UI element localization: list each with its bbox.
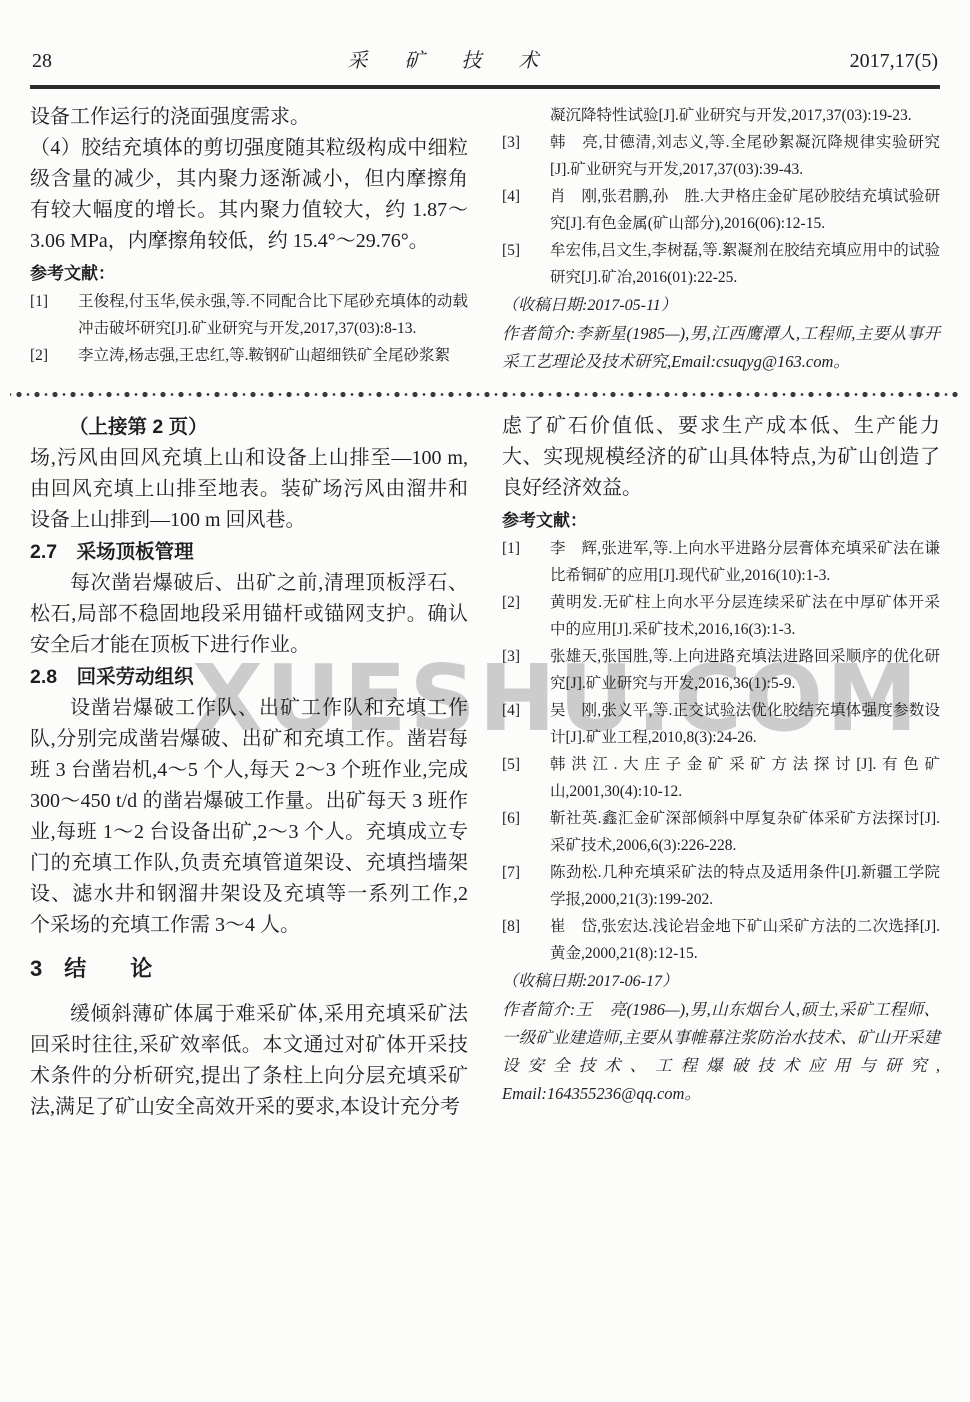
reference-number: [4]: [502, 697, 550, 751]
page-number: 28: [32, 50, 52, 73]
reference-number: [6]: [502, 805, 550, 859]
article1-right-column: 凝沉降特性试验[J].矿业研究与开发,2017,37(03):19-23. [3…: [502, 102, 940, 376]
reference-number: [5]: [502, 751, 550, 805]
article1-left-column: 设备工作运行的浇面强度需求。 （4）胶结充填体的剪切强度随其粒级构成中细粒级含量…: [30, 102, 468, 376]
reference-item: [4] 肖 刚,张君鹏,孙 胜.大尹格庄金矿尾砂胶结充填试验研究[J].有色金属…: [502, 183, 940, 237]
journal-title: 采 矿 技 术: [347, 44, 554, 73]
section-heading-2-7: 2.7 采场顶板管理: [30, 536, 468, 568]
reference-item: [7] 陈劲松.几种充填采矿法的特点及适用条件[J].新疆工学院学报,2000,…: [502, 859, 940, 913]
section-divider: [10, 390, 960, 399]
reference-text: 黄明发.无矿柱上向水平分层连续采矿法在中厚矿体开采中的应用[J].采矿技术,20…: [550, 589, 940, 643]
reference-number: [1]: [502, 535, 550, 589]
reference-item: [1] 王俊程,付玉华,侯永强,等.不同配合比下尾砂充填体的动载冲击破坏研究[J…: [30, 288, 468, 342]
references-heading: 参考文献：: [502, 506, 940, 535]
reference-item: [4] 吴 刚,张义平,等.正交试验法优化胶结充填体强度参数设计[J].矿业工程…: [502, 697, 940, 751]
article2-right-column: 虑了矿石价值低、要求生产成本低、生产能力大、实现规模经济的矿山具体特点,为矿山创…: [502, 411, 940, 1123]
section-heading-2-8: 2.8 回采劳动组织: [30, 661, 468, 693]
reference-item: [8] 崔 岱,张宏达.浅论岩金地下矿山采矿方法的二次选择[J].黄金,2000…: [502, 913, 940, 967]
reference-text: 王俊程,付玉华,侯永强,等.不同配合比下尾砂充填体的动载冲击破坏研究[J].矿业…: [78, 288, 468, 342]
received-date: （收稿日期:2017-06-17）: [502, 968, 940, 996]
reference-text: 牟宏伟,吕文生,李树磊,等.絮凝剂在胶结充填应用中的试验研究[J].矿冶,201…: [550, 237, 940, 291]
reference-number: [1]: [30, 288, 78, 342]
issue-info: 2017,17(5): [850, 50, 938, 73]
reference-item: [5] 韩洪江.大庄子金矿采矿方法探讨[J].有色矿山,2001,30(4):1…: [502, 751, 940, 805]
reference-text: 韩洪江.大庄子金矿采矿方法探讨[J].有色矿山,2001,30(4):10-12…: [550, 751, 940, 805]
references-heading: 参考文献：: [30, 259, 468, 288]
reference-item: [2] 李立涛,杨志强,王忠红,等.鞍钢矿山超细铁矿全尾砂浆絮: [30, 342, 468, 369]
reference-number: [5]: [502, 237, 550, 291]
paragraph: 设凿岩爆破工作队、出矿工作队和充填工作队,分别完成凿岩爆破、出矿和充填工作。凿岩…: [30, 693, 468, 941]
reference-text: 李 辉,张进军,等.上向水平进路分层膏体充填采矿法在谦比希铜矿的应用[J].现代…: [550, 535, 940, 589]
reference-text: 陈劲松.几种充填采矿法的特点及适用条件[J].新疆工学院学报,2000,21(3…: [550, 859, 940, 913]
paragraph: （4）胶结充填体的剪切强度随其粒级构成中细粒级含量的减少，其内聚力逐渐减小，但内…: [30, 133, 468, 257]
reference-number: [3]: [502, 643, 550, 697]
reference-item: [3] 韩 亮,甘德清,刘志义,等.全尾砂絮凝沉降规律实验研究[J].矿业研究与…: [502, 129, 940, 183]
reference-text: 肖 刚,张君鹏,孙 胜.大尹格庄金矿尾砂胶结充填试验研究[J].有色金属(矿山部…: [550, 183, 940, 237]
reference-item: [6] 靳社英.鑫汇金矿深部倾斜中厚复杂矿体采矿方法探讨[J].采矿技术,200…: [502, 805, 940, 859]
reference-text: 韩 亮,甘德清,刘志义,等.全尾砂絮凝沉降规律实验研究[J].矿业研究与开发,2…: [550, 129, 940, 183]
reference-text: 靳社英.鑫汇金矿深部倾斜中厚复杂矿体采矿方法探讨[J].采矿技术,2006,6(…: [550, 805, 940, 859]
reference-number: [8]: [502, 913, 550, 967]
journal-page: XUESHU.COM 28 采 矿 技 术 2017,17(5) 设备工作运行的…: [0, 0, 970, 1402]
paragraph: 每次凿岩爆破后、出矿之前,清理顶板浮石、松石,局部不稳固地段采用锚杆或锚网支护。…: [30, 568, 468, 661]
conclusion-heading: 3 结 论: [30, 953, 468, 985]
article2-section: （上接第 2 页） 场,污风由回风充填上山和设备上山排至—100 m,由回风充填…: [0, 411, 970, 1123]
continued-from-note: （上接第 2 页）: [30, 411, 468, 443]
reference-number: [4]: [502, 183, 550, 237]
reference-number: [2]: [502, 589, 550, 643]
reference-text: 吴 刚,张义平,等.正交试验法优化胶结充填体强度参数设计[J].矿业工程,201…: [550, 697, 940, 751]
paragraph: 设备工作运行的浇面强度需求。: [30, 102, 468, 133]
reference-item: [3] 张雄天,张国胜,等.上向进路充填法进路回采顺序的优化研究[J].矿业研究…: [502, 643, 940, 697]
reference-text: 张雄天,张国胜,等.上向进路充填法进路回采顺序的优化研究[J].矿业研究与开发,…: [550, 643, 940, 697]
reference-item: [1] 李 辉,张进军,等.上向水平进路分层膏体充填采矿法在谦比希铜矿的应用[J…: [502, 535, 940, 589]
author-bio: 作者简介:王 亮(1986—),男,山东烟台人,硕士,采矿工程师、一级矿业建造师…: [502, 996, 940, 1108]
reference-continuation: 凝沉降特性试验[J].矿业研究与开发,2017,37(03):19-23.: [502, 102, 940, 129]
paragraph: 场,污风由回风充填上山和设备上山排至—100 m,由回风充填上山排至地表。装矿场…: [30, 443, 468, 536]
article1-section: 设备工作运行的浇面强度需求。 （4）胶结充填体的剪切强度随其粒级构成中细粒级含量…: [0, 102, 970, 376]
paragraph: 缓倾斜薄矿体属于难采矿体,采用充填采矿法回采时往往,采矿效率低。本文通过对矿体开…: [30, 999, 468, 1123]
article2-left-column: （上接第 2 页） 场,污风由回风充填上山和设备上山排至—100 m,由回风充填…: [30, 411, 468, 1123]
reference-number: [2]: [30, 342, 78, 369]
author-bio: 作者简介:李新星(1985—),男,江西鹰潭人,工程师,主要从事开采工艺理论及技…: [502, 320, 940, 376]
reference-item: [5] 牟宏伟,吕文生,李树磊,等.絮凝剂在胶结充填应用中的试验研究[J].矿冶…: [502, 237, 940, 291]
header-rule: [30, 85, 940, 89]
paragraph: 虑了矿石价值低、要求生产成本低、生产能力大、实现规模经济的矿山具体特点,为矿山创…: [502, 411, 940, 504]
reference-text: 李立涛,杨志强,王忠红,等.鞍钢矿山超细铁矿全尾砂浆絮: [78, 342, 468, 369]
reference-text: 崔 岱,张宏达.浅论岩金地下矿山采矿方法的二次选择[J].黄金,2000,21(…: [550, 913, 940, 967]
received-date: （收稿日期:2017-05-11）: [502, 292, 940, 320]
reference-item: [2] 黄明发.无矿柱上向水平分层连续采矿法在中厚矿体开采中的应用[J].采矿技…: [502, 589, 940, 643]
reference-number: [3]: [502, 129, 550, 183]
reference-number: [7]: [502, 859, 550, 913]
page-header: 28 采 矿 技 术 2017,17(5): [0, 0, 970, 73]
